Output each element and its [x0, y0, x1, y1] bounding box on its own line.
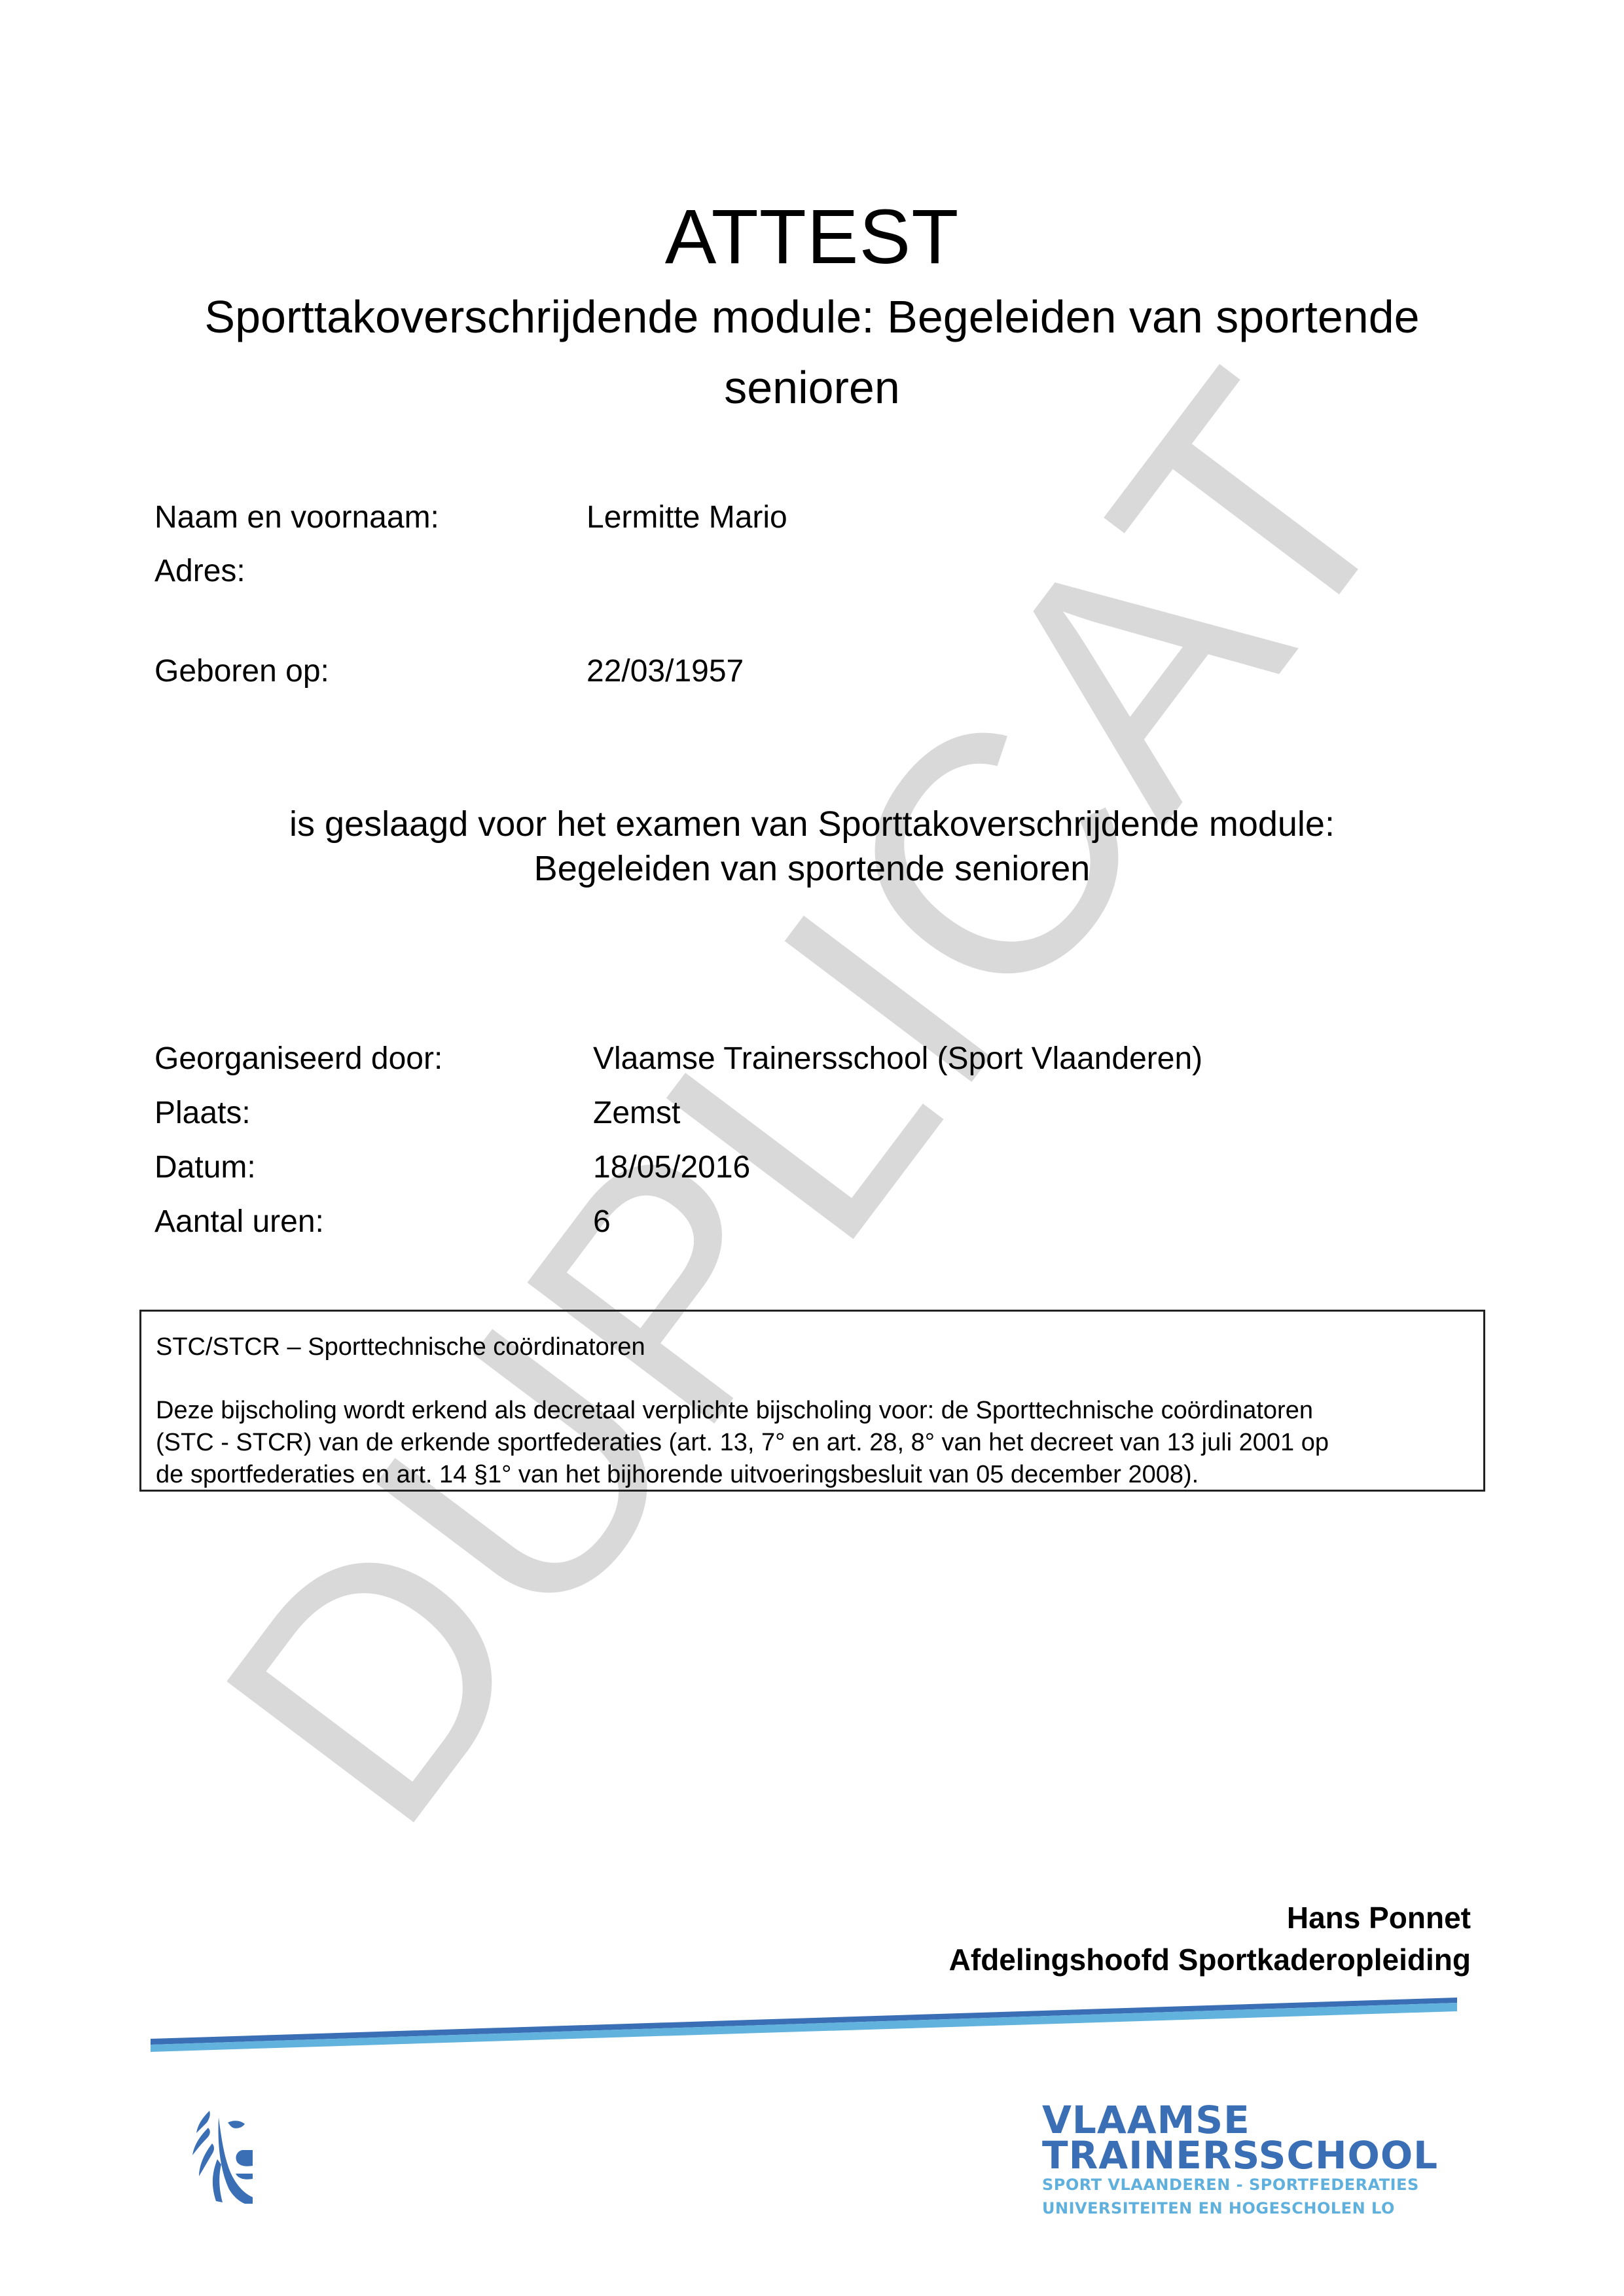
logo-line-1: VLAAMSE [1042, 2102, 1438, 2138]
vlaamse-trainersschool-logo: VLAAMSE TRAINERSSCHOOL SPORT VLAANDEREN … [1042, 2102, 1438, 2220]
vlaanderen-lion-icon [190, 2104, 262, 2209]
logo-line-3: SPORT VLAANDEREN - SPORTFEDERATIES [1042, 2173, 1438, 2197]
logo-line-4: UNIVERSITEITEN EN HOGESCHOLEN LO [1042, 2197, 1438, 2220]
logo-line-2: TRAINERSSCHOOL [1042, 2138, 1438, 2173]
decorative-blue-bar [0, 0, 1624, 2296]
